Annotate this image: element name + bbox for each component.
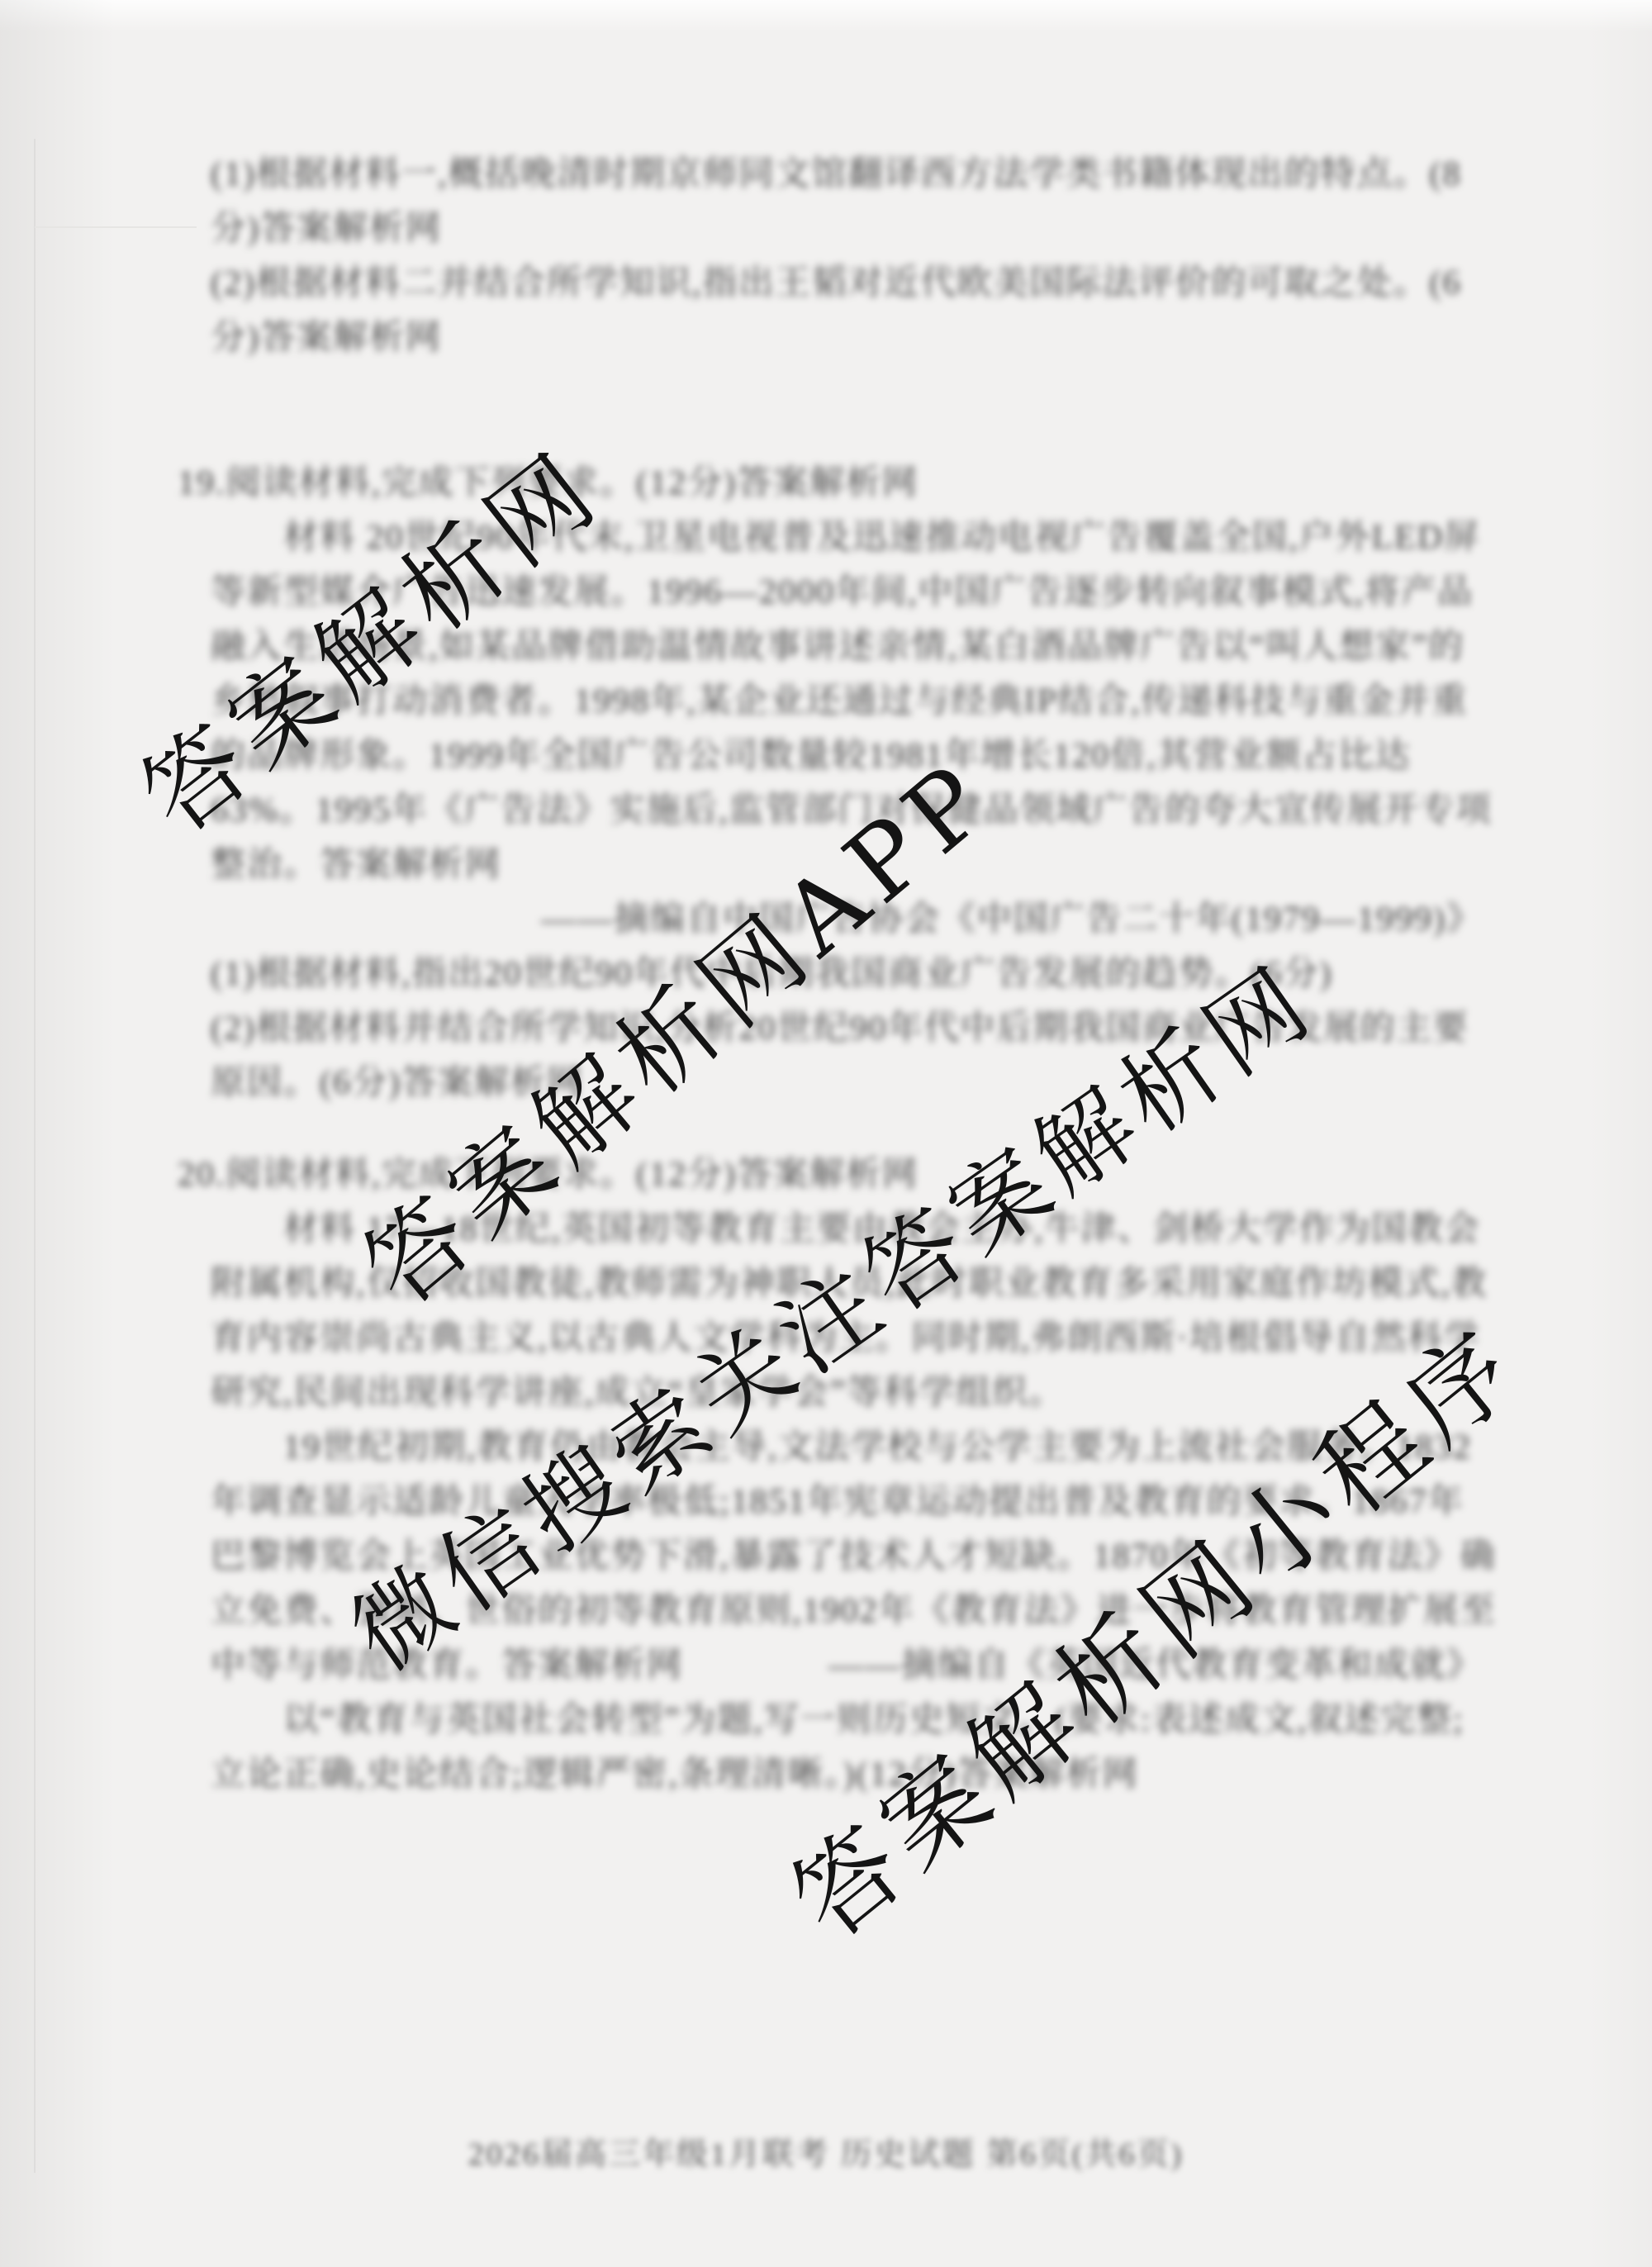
- q20-material-paragraph-1: 材料 17—18世纪,英国初等教育主要由教会主办,牛津、剑桥大学作为国教会附属机…: [178, 1202, 1499, 1420]
- q19-header: 19.阅读材料,完成下列要求。(12分)答案解析网: [178, 456, 1499, 511]
- q18-subquestion-2: (2)根据材料二并结合所学知识,指出王韬对近代欧美国际法评价的可取之处。(6分)…: [178, 256, 1499, 365]
- q18-subquestion-1: (1)根据材料一,概括晚清时期京师同文馆翻译西方法学类书籍体现出的特点。(8分)…: [178, 147, 1499, 256]
- q19-material-paragraph: 材料 20世纪90年代末,卫星电视普及迅速推动电视广告覆盖全国,户外LED屏等新…: [178, 511, 1499, 892]
- q19-source-citation: ——摘编自中国广告协会《中国广告二十年(1979—1999)》: [178, 892, 1483, 947]
- q20-source-citation: ——摘编自《英国近代教育变革和成就》: [178, 1638, 1483, 1693]
- q20-header: 20.阅读材料,完成下列要求。(12分)答案解析网: [178, 1148, 1499, 1202]
- scan-artifact-line: [35, 226, 197, 228]
- q20-task-paragraph: 以“教育与英国社会转型”为题,写一则历史短文。(要求:表述成文,叙述完整;立论正…: [178, 1693, 1499, 1802]
- q19-subquestion-1: (1)根据材料,指出20世纪90年代中后期我国商业广告发展的趋势。(6分): [178, 947, 1499, 1001]
- page-fold-line: [34, 139, 36, 2173]
- page-footer: 2026届高三年级1月联考 历史试题 第6页(共6页): [0, 2135, 1652, 2174]
- q19-subquestion-2: (2)根据材料并结合所学知识,分析20世纪90年代中后期我国商业广告发展的主要原…: [178, 1001, 1499, 1110]
